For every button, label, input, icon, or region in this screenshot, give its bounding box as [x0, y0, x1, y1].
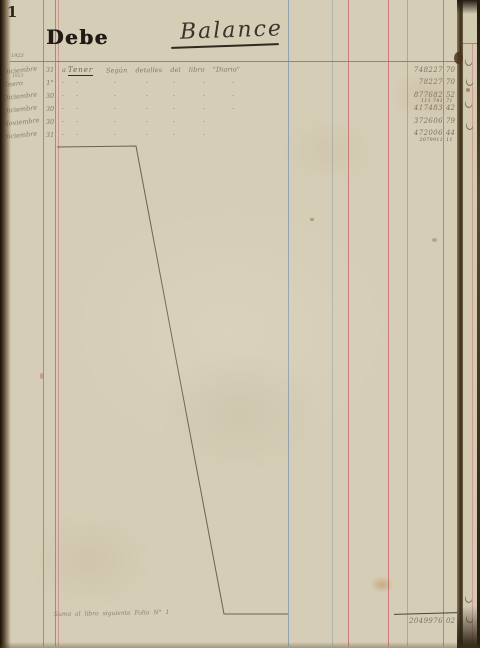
top-corner-shadow	[457, 0, 480, 14]
bottom-page-shadow	[0, 642, 480, 648]
left-page-edge	[0, 0, 11, 648]
sliver-vertical-rule	[472, 43, 473, 648]
sliver-header-rule	[463, 43, 477, 44]
total-row: 2049976 02	[0, 617, 480, 630]
cancellation-pencil-line	[0, 0, 480, 648]
total-amount: 2049976	[394, 617, 443, 625]
next-page-sliver	[463, 0, 477, 648]
ledger-page: 1 Debe Balance 1923 Diciembre 31 1923 a …	[0, 0, 480, 648]
